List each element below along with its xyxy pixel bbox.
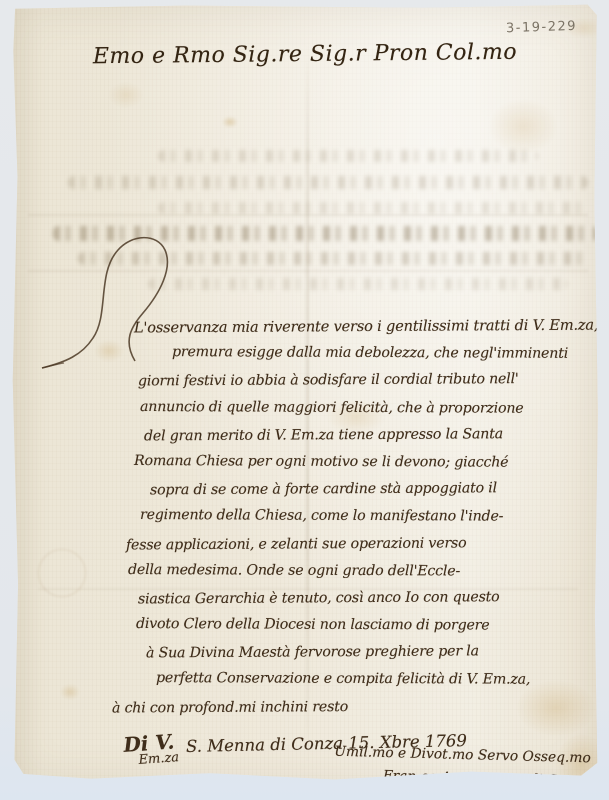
bleed-through-row (158, 202, 588, 214)
bleed-through-row (158, 150, 538, 162)
stain (222, 116, 238, 128)
manuscript-line: annuncio di quelle maggiori felicità, ch… (140, 399, 600, 428)
stain (488, 99, 558, 154)
fold-crease-horizontal (28, 214, 588, 216)
stain-ring (38, 549, 86, 597)
valediction: Di V. Em.za (123, 734, 180, 769)
stain (108, 82, 144, 108)
manuscript-line: premura esigge dalla mia debolezza, che … (172, 344, 600, 373)
letter-body: L'osservanza mia riverente verso i genti… (126, 318, 600, 726)
bleed-through-row (68, 176, 588, 189)
manuscript-line: regimento della Chiesa, come lo manifest… (140, 507, 600, 536)
scan-background: 3-19-229 Emo e Rmo Sig.re Sig.r Pron Col… (0, 0, 609, 800)
manuscript-line: giorni festivi io abbia à sodisfare il c… (138, 371, 600, 401)
manuscript-paper: 3-19-229 Emo e Rmo Sig.re Sig.r Pron Col… (8, 4, 602, 788)
manuscript-line: fesse applicazioni, e zelanti sue operaz… (126, 534, 600, 564)
manuscript-line: siastica Gerarchia è tenuto, così anco I… (138, 588, 600, 618)
manuscript-line: perfetta Conservazione e compita felicit… (156, 670, 600, 699)
valediction-line2: Em.za (138, 750, 180, 768)
manuscript-line: divoto Clero della Diocesi non lasciamo … (136, 616, 600, 645)
manuscript-line: L'osservanza mia riverente verso i genti… (134, 317, 600, 347)
letter-closing: Di V. Em.za S. Menna di Conza 15. Xbre 1… (8, 730, 602, 800)
manuscript-line: à Sua Divina Maestà fervorose preghiere … (146, 643, 600, 673)
manuscript-line: della medesima. Onde se ogni grado dell'… (128, 562, 600, 591)
archive-number: 3-19-229 (506, 19, 577, 36)
signature-block: Umil.mo e Divot.mo Servo Osseq.mo Fran.c… (333, 741, 591, 794)
manuscript-line: del gran merito di V. Em.za tiene appres… (144, 425, 600, 455)
bleed-through-row (148, 278, 568, 290)
manuscript-line: sopra di se come à forte cardine stà app… (150, 480, 600, 510)
letter-salutation: Emo e Rmo Sig.re Sig.r Pron Col.mo (8, 39, 602, 70)
manuscript-line: Romana Chiesa per ogni motivo se li devo… (134, 453, 600, 482)
manuscript-line: à chi con profond.mi inchini resto (112, 697, 600, 727)
stain (60, 684, 80, 700)
